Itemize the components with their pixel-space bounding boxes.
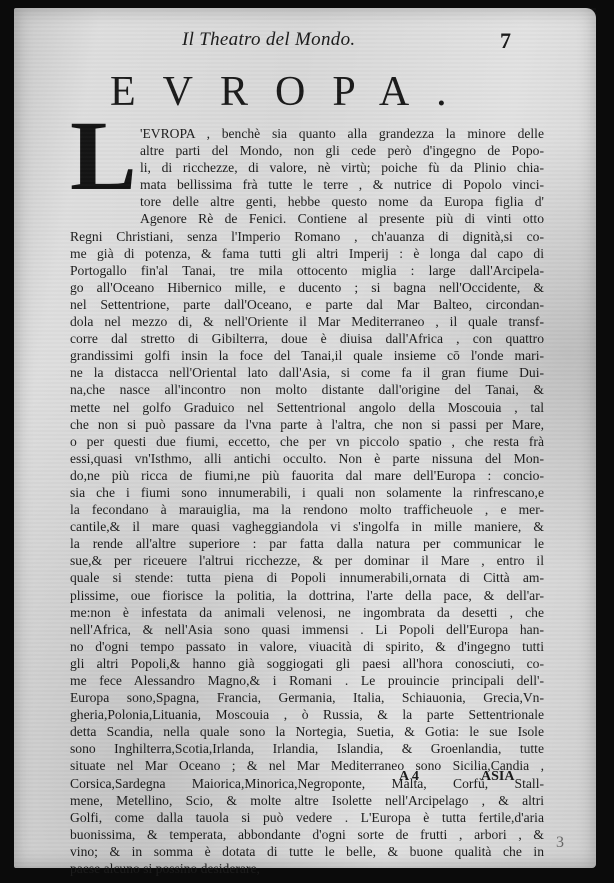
text-line: nel Settentrione, parte dall'Oceano, e p… xyxy=(70,296,544,313)
page-number: 7 xyxy=(500,28,511,54)
text-line: sue,& per riceuere l'altrui ricchezze, &… xyxy=(70,552,544,569)
text-line: la fecondano à marauiglia, ma la rendono… xyxy=(70,501,544,518)
text-line: o per questi due fiumi, eccetto, che per… xyxy=(70,433,544,450)
text-line: go all'Oceano Hibernico mille, e ducento… xyxy=(70,279,544,296)
body-text: 'EVROPA , benchè sia quanto alla grandez… xyxy=(70,125,544,877)
text-line: Corsica,Sardegna Maiorica,Minorica,Negro… xyxy=(70,775,544,792)
text-line: cantile,& il mare quasi vagheggiandola v… xyxy=(70,518,544,535)
text-line: 'EVROPA , benchè sia quanto alla grandez… xyxy=(70,125,544,142)
text-line: situate nel Mar Oceano ; & nel Mar Medit… xyxy=(70,757,544,774)
text-line: grandissimi golfi insin la foce del Tana… xyxy=(70,347,544,364)
text-line: plissime, oue fiorisce la politia, la do… xyxy=(70,587,544,604)
text-line: corre dal stretto di Gibilterra, doue è … xyxy=(70,330,544,347)
text-line: do,ne più ricca de fiumi,ne più fauorita… xyxy=(70,467,544,484)
text-line: sono Inghilterra,Scotia,Irlanda, Irlandi… xyxy=(70,740,544,757)
text-line: mene, Metellino, Scio, & molte altre Iso… xyxy=(70,792,544,809)
text-line: detta Scandia, nella quale sono la Norte… xyxy=(70,723,544,740)
text-line: Europa sono,Spagna, Francia, Germania, I… xyxy=(70,689,544,706)
text-line: tore delle altre genti, hebbe questo nom… xyxy=(70,193,544,210)
text-line: Portogallo fin'al Tanai, tre mila ottoce… xyxy=(70,262,544,279)
text-line: la rende all'altre superiore : par fatta… xyxy=(70,535,544,552)
catchword: ASIA xyxy=(481,769,514,785)
text-line: me:non è infestata da animali velenosi, … xyxy=(70,604,544,621)
text-line: che non si può passare da l'vna parte à … xyxy=(70,416,544,433)
text-line: no d'ogni tempo passato in valore, viuac… xyxy=(70,638,544,655)
text-line: mette nel golfo Graduico nel Settentrion… xyxy=(70,399,544,416)
text-line: na,che nasce all'incontro non molto dist… xyxy=(70,381,544,398)
text-line: quale si stende: tutta piena di Popoli i… xyxy=(70,569,544,586)
text-line: paese alcuno si possino desiderare, xyxy=(70,860,544,877)
signature-mark: A 4 xyxy=(399,769,419,785)
running-head: Il Theatro del Mondo. xyxy=(182,29,355,51)
text-line: buonissima, & temperata, abbondante d'og… xyxy=(70,826,544,843)
text-line: me fece Alessandro Magno,& i Romani . Le… xyxy=(70,672,544,689)
text-line: altre parti del Mondo, non gli cede però… xyxy=(70,142,544,159)
text-line: ne la distacca nell'Oriental lato dall'A… xyxy=(70,364,544,381)
pencil-marginalia: 3 xyxy=(556,834,564,852)
text-line: vino; & in somma è dotata di tutte le be… xyxy=(70,843,544,860)
chapter-title: EVROPA. xyxy=(110,68,474,116)
text-line: li, di ricchezze, di valore, nè virtù; p… xyxy=(70,159,544,176)
text-line: gheria,Polonia,Lituania, Moscouia , ò Ru… xyxy=(70,706,544,723)
text-line: gli altri Popoli,& hanno già soggiogati … xyxy=(70,655,544,672)
book-page: Il Theatro del Mondo. 7 EVROPA. L 'EVROP… xyxy=(14,8,596,868)
text-line: sia che i fiumi sono innumerabili, i qua… xyxy=(70,484,544,501)
text-line: essi,quasi vn'Isthmo, alli antichi occul… xyxy=(70,450,544,467)
text-line: me già di potenza, & fama tutti gli altr… xyxy=(70,245,544,262)
text-line: dola nel mezzo di, & nell'Oriente il Mar… xyxy=(70,313,544,330)
text-line: Regni Christiani, senza l'Imperio Romano… xyxy=(70,228,544,245)
text-line: mata bellissima frà tutte le terre , & n… xyxy=(70,176,544,193)
text-line: Agenore Rè de Fenici. Contiene al presen… xyxy=(70,210,544,227)
text-line: nell'Africa, & nell'Asia sono quasi imme… xyxy=(70,621,544,638)
text-line: Golfi, come dalla tauola si può vedere .… xyxy=(70,809,544,826)
